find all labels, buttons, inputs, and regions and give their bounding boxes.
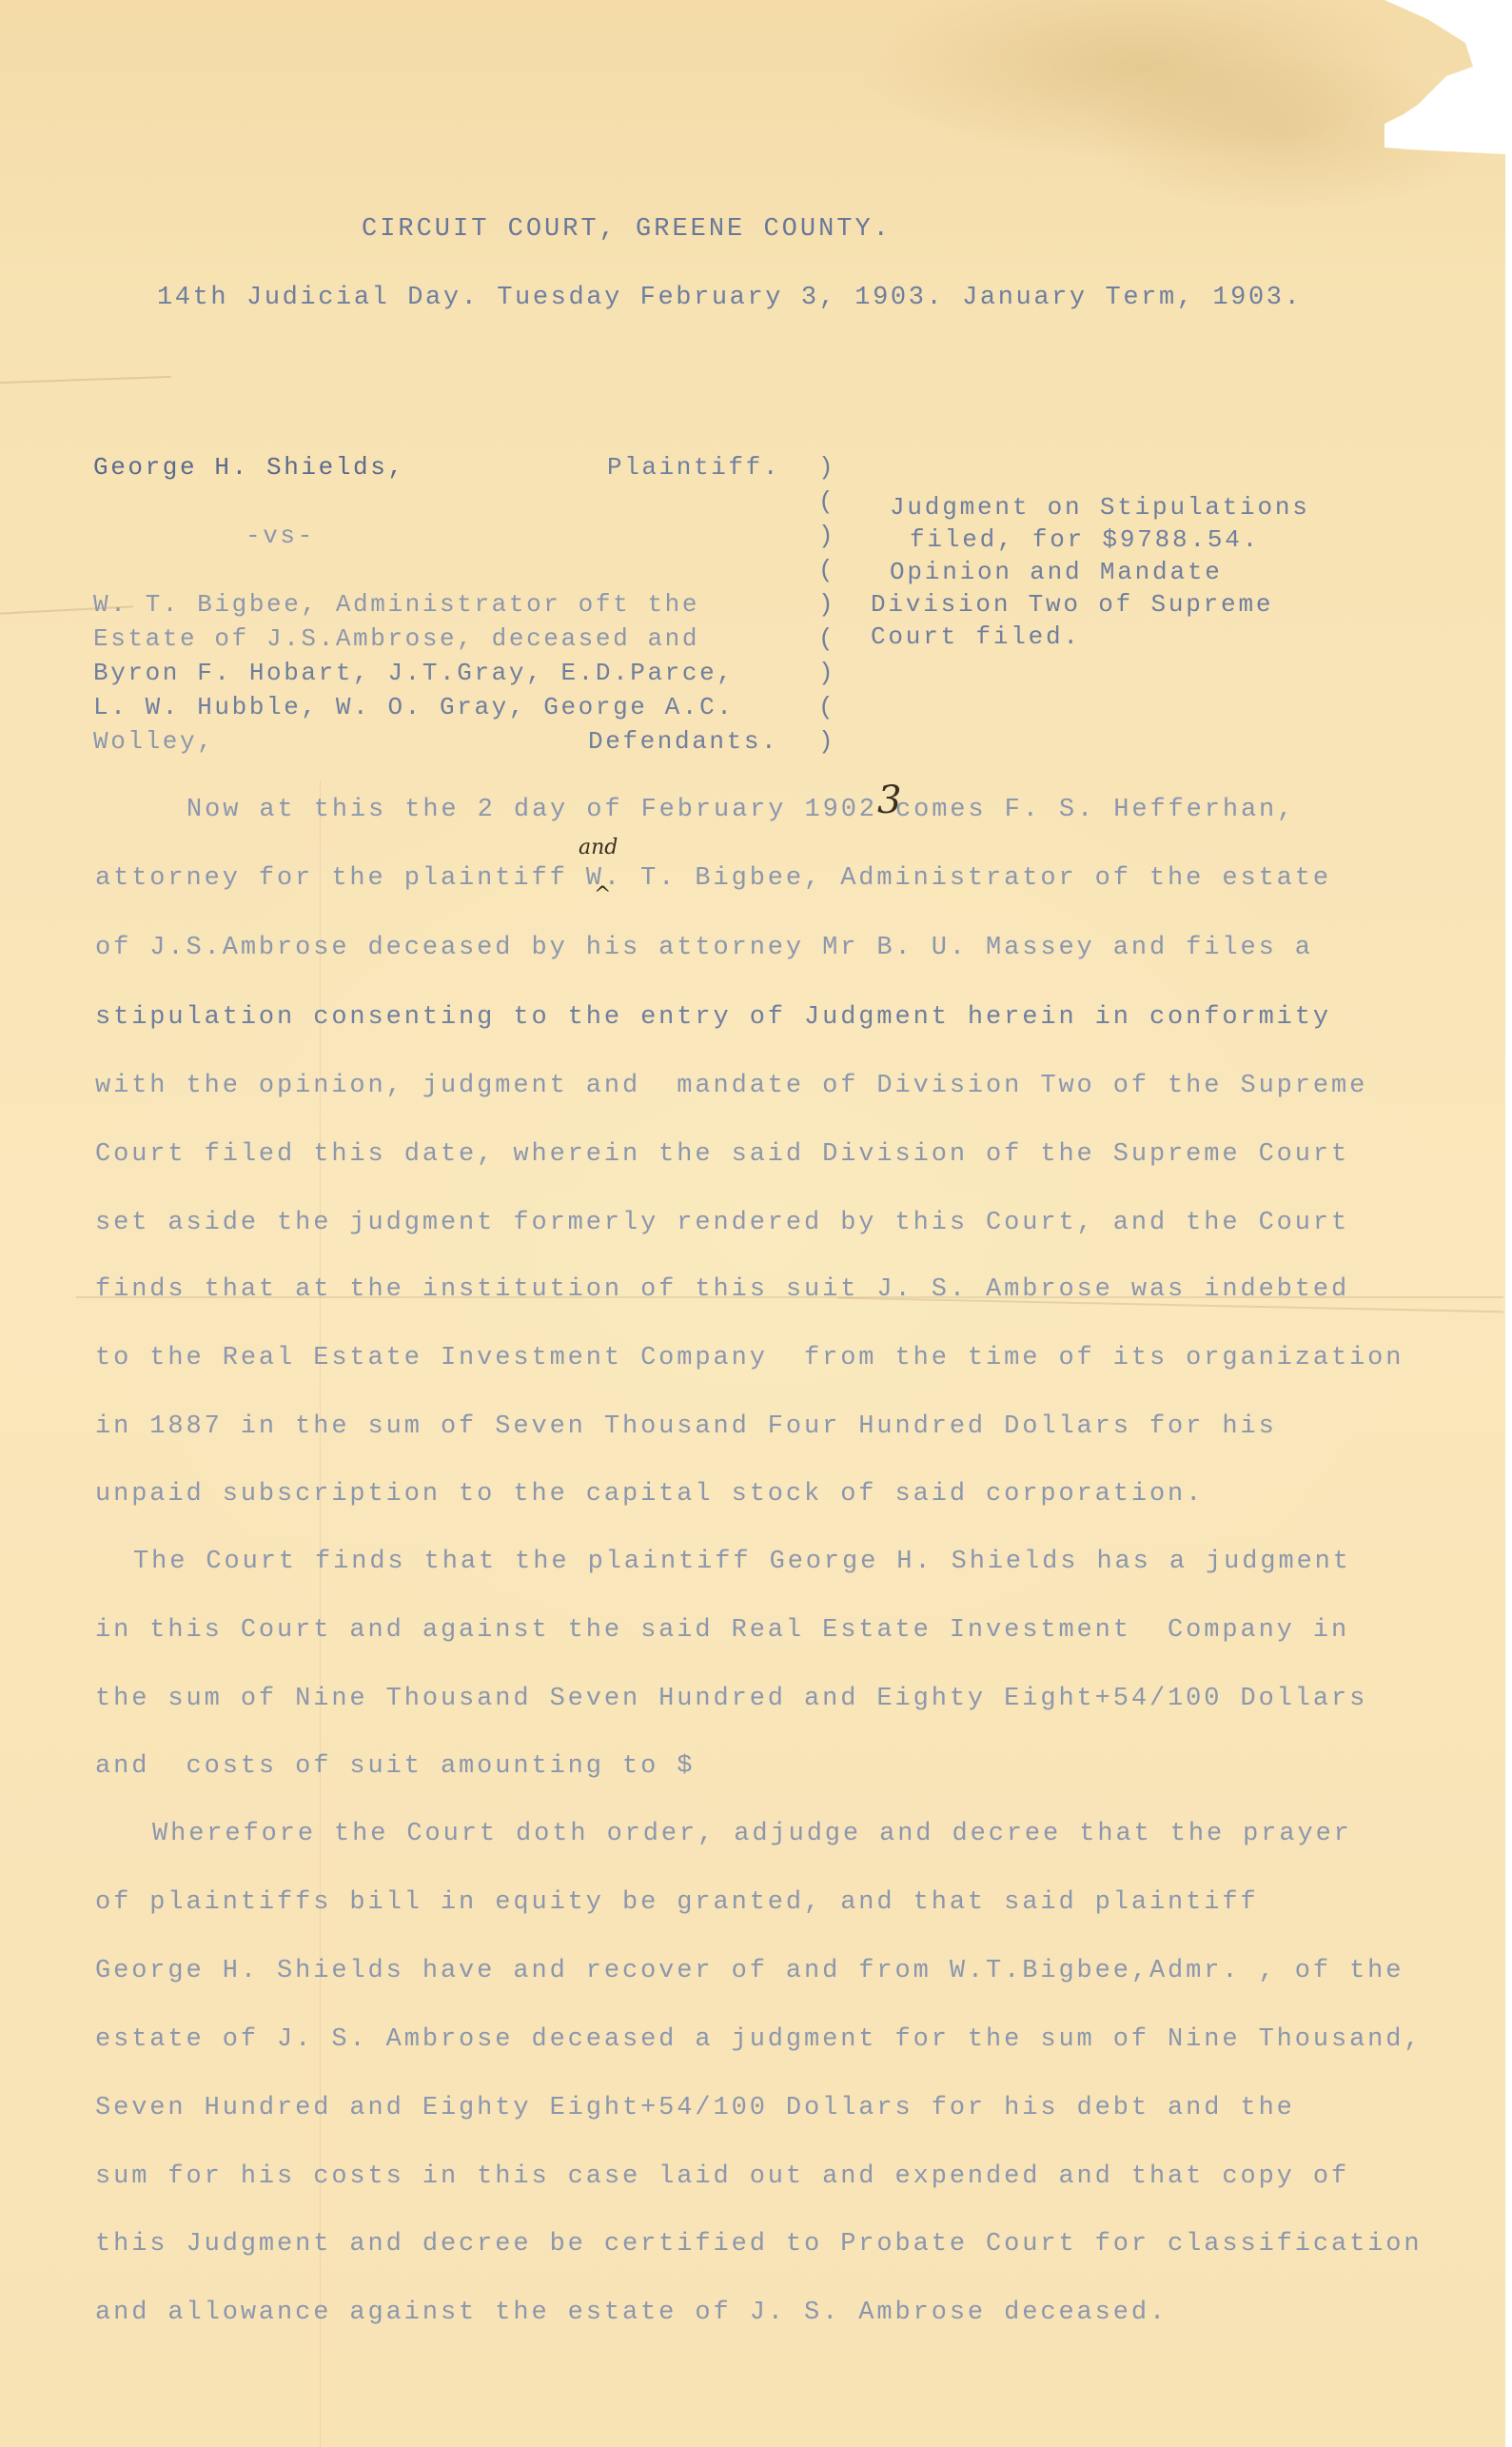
body-line-19: estate of J. S. Ambrose deceased a judgm… — [95, 2027, 1423, 2053]
summary-line-4: Division Two of Supreme — [871, 592, 1273, 617]
caption-defendant-line-1: W. T. Bigbee, Administrator oft the — [93, 592, 699, 617]
summary-line-2: filed, for $9788.54. — [910, 527, 1260, 552]
caption-bracket: ( — [818, 626, 835, 651]
handwritten-year-correction: 3 — [877, 779, 901, 822]
body-line-4: stipulation consenting to the entry of J… — [95, 1005, 1331, 1031]
body-line-5: with the opinion, judgment and mandate o… — [95, 1074, 1367, 1099]
summary-line-5: Court filed. — [871, 624, 1081, 649]
court-heading: CIRCUIT COURT, GREENE COUNTY. — [362, 217, 892, 243]
body-line-16: Wherefore the Court doth order, adjudge … — [152, 1822, 1352, 1847]
body-line-15: and costs of suit amounting to $ — [95, 1754, 695, 1780]
summary-line-1: Judgment on Stipulations — [890, 495, 1310, 520]
body-line-21: sum for his costs in this case laid out … — [95, 2164, 1349, 2190]
caption-plaintiff-label: Plaintiff. — [607, 455, 780, 480]
body-line-13: in this Court and against the said Real … — [95, 1618, 1349, 1644]
caption-bracket: ) — [818, 455, 835, 480]
caption-defendant-line-5: Wolley, — [93, 729, 214, 754]
caption-defendants-label: Defendants. — [588, 729, 778, 754]
caption-defendant-line-2: Estate of J.S.Ambrose, deceased and — [93, 626, 699, 651]
handwritten-insertion-and: and — [579, 836, 618, 859]
body-line-9: to the Real Estate Investment Company fr… — [95, 1346, 1404, 1372]
body-line-23: and allowance against the estate of J. S… — [95, 2300, 1168, 2326]
caption-bracket: ( — [818, 558, 835, 582]
body-line-17: of plaintiffs bill in equity be granted,… — [95, 1890, 1259, 1916]
caption-bracket: ( — [818, 695, 835, 720]
body-line-6: Court filed this date, wherein the said … — [95, 1142, 1349, 1168]
body-line-2: attorney for the plaintiff W. T. Bigbee,… — [95, 866, 1331, 892]
body-line-14: the sum of Nine Thousand Seven Hundred a… — [95, 1687, 1367, 1712]
caption-bracket: ) — [818, 661, 835, 685]
caption-bracket: ) — [818, 729, 835, 754]
caption-bracket: ) — [818, 523, 835, 548]
caption-bracket: ( — [818, 489, 835, 514]
body-line-11: unpaid subscription to the capital stock… — [95, 1482, 1204, 1508]
body-line-12: The Court finds that the plaintiff Georg… — [133, 1549, 1351, 1575]
caption-defendant-line-4: L. W. Hubble, W. O. Gray, George A.C. — [93, 695, 735, 720]
body-line-3: of J.S.Ambrose deceased by his attorney … — [95, 936, 1313, 961]
summary-line-3: Opinion and Mandate — [890, 560, 1223, 584]
body-line-1: Now at this the 2 day of February 1902 c… — [187, 798, 1295, 823]
session-line: 14th Judicial Day. Tuesday February 3, 1… — [157, 286, 1302, 311]
body-line-22: this Judgment and decree be certified to… — [95, 2232, 1423, 2258]
caption-bracket: ) — [818, 592, 835, 617]
caption-plaintiff-name: George H. Shields, — [93, 455, 405, 480]
caption-defendant-line-3: Byron F. Hobart, J.T.Gray, E.D.Parce, — [93, 661, 735, 685]
body-line-8: finds that at the institution of this su… — [95, 1277, 1349, 1303]
body-line-7: set aside the judgment formerly rendered… — [95, 1211, 1349, 1236]
body-line-18: George H. Shields have and recover of an… — [95, 1959, 1404, 1984]
body-line-20: Seven Hundred and Eighty Eight+54/100 Do… — [95, 2096, 1295, 2121]
body-line-10: in 1887 in the sum of Seven Thousand Fou… — [95, 1414, 1277, 1440]
handwritten-caret: ^ — [594, 883, 611, 907]
caption-versus: -vs- — [245, 523, 315, 548]
